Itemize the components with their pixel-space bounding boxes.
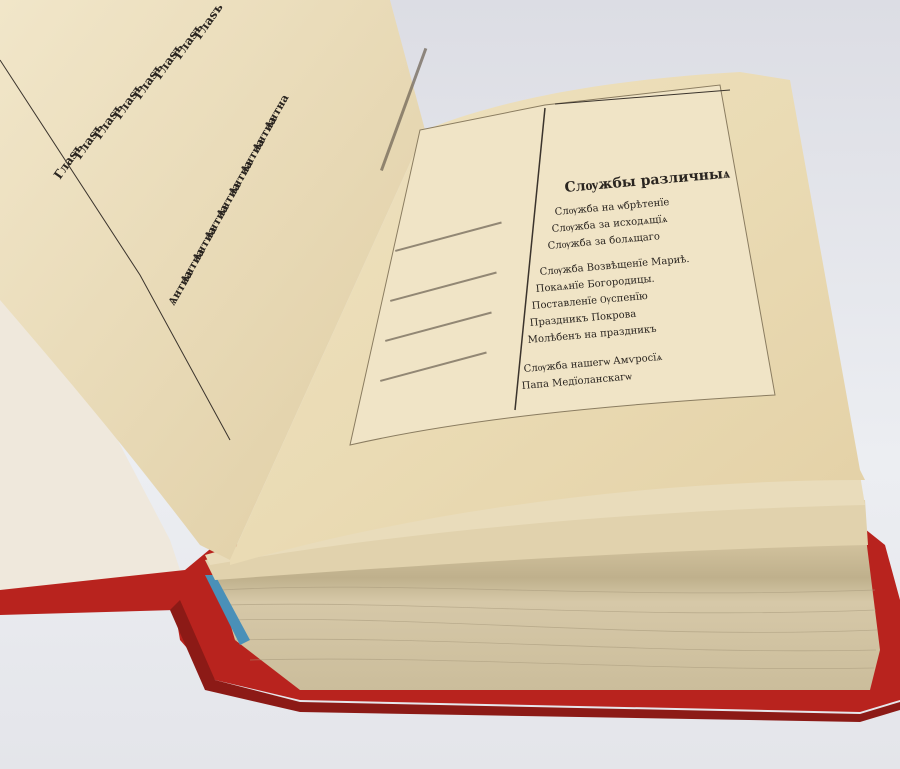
book-illustration: Слѹжбы различныѧ Слѹжба на ѡбрѣтенїе Слѹ…: [0, 0, 900, 769]
book-photo: Слѹжбы различныѧ Слѹжба на ѡбрѣтенїе Слѹ…: [0, 0, 900, 769]
